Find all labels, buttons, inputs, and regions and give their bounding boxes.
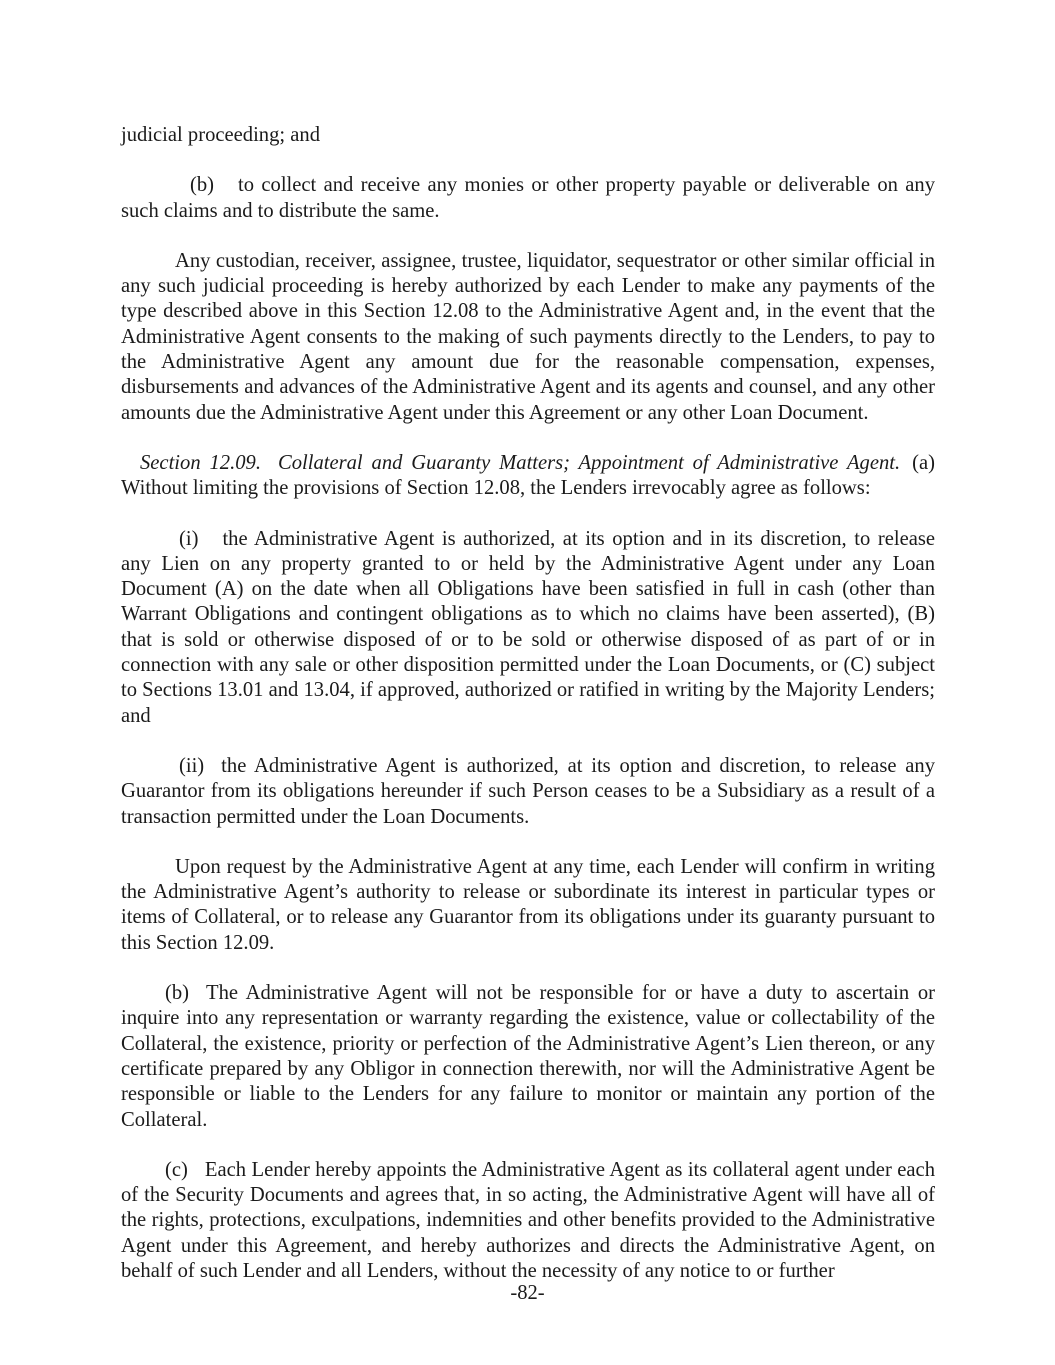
- clause-text: the Administrative Agent is authorized, …: [121, 528, 935, 727]
- clause-text: The Administrative Agent will not be res…: [121, 982, 935, 1130]
- section-number: Section 12.09.: [140, 452, 261, 474]
- section-12-09-paragraph: Section 12.09.Collateral and Guaranty Ma…: [121, 451, 935, 502]
- upon-request-paragraph: Upon request by the Administrative Agent…: [121, 855, 935, 956]
- clause-text: the Administrative Agent is authorized, …: [121, 755, 935, 828]
- clause-ii-paragraph: (ii)the Administrative Agent is authoriz…: [121, 754, 935, 830]
- paragraph-text: Any custodian, receiver, assignee, trust…: [121, 250, 935, 424]
- clause-label: (c): [165, 1159, 188, 1181]
- clause-i-paragraph: (i)the Administrative Agent is authorize…: [121, 527, 935, 729]
- page-number: -82-: [0, 1281, 1055, 1306]
- clause-label: (ii): [179, 755, 204, 777]
- paragraph-text: Upon request by the Administrative Agent…: [121, 856, 935, 954]
- clause-label: (b): [190, 174, 214, 196]
- carryover-clause-text: judicial proceeding; and: [121, 124, 320, 146]
- carryover-clause: judicial proceeding; and: [121, 123, 935, 148]
- clause-label: (i): [179, 528, 198, 550]
- document-page: judicial proceeding; and (b)to collect a…: [0, 0, 1055, 1365]
- custodian-paragraph: Any custodian, receiver, assignee, trust…: [121, 249, 935, 426]
- clause-label: (b): [165, 982, 189, 1004]
- clause-text: Each Lender hereby appoints the Administ…: [121, 1159, 935, 1282]
- page-number-text: -82-: [510, 1282, 544, 1304]
- clause-b-collect-paragraph: (b)to collect and receive any monies or …: [121, 173, 935, 224]
- clause-b-agent-paragraph: (b)The Administrative Agent will not be …: [121, 981, 935, 1133]
- clause-text: to collect and receive any monies or oth…: [121, 174, 935, 221]
- clause-c-appointment-paragraph: (c)Each Lender hereby appoints the Admin…: [121, 1158, 935, 1284]
- section-title: Collateral and Guaranty Matters; Appoint…: [278, 452, 900, 474]
